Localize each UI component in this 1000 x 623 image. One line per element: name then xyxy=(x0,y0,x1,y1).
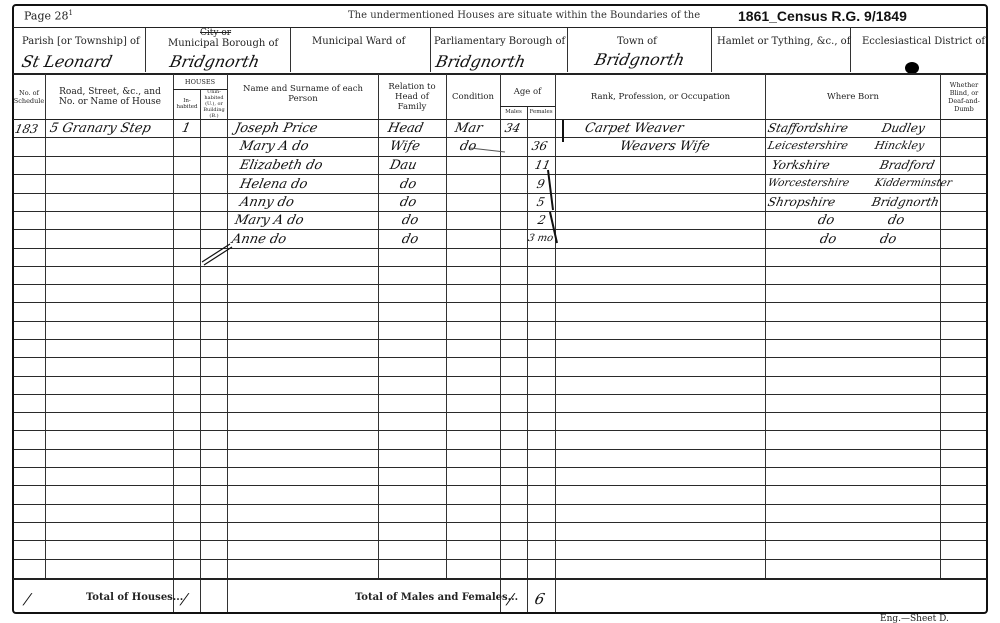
sheet-label: Eng.—Sheet D. xyxy=(880,614,949,623)
pen-strokes xyxy=(0,0,1000,623)
totals-divider xyxy=(13,578,987,580)
total-houses-label: Total of Houses... xyxy=(86,592,183,603)
total-persons-label: Total of Males and Females... xyxy=(355,592,518,603)
